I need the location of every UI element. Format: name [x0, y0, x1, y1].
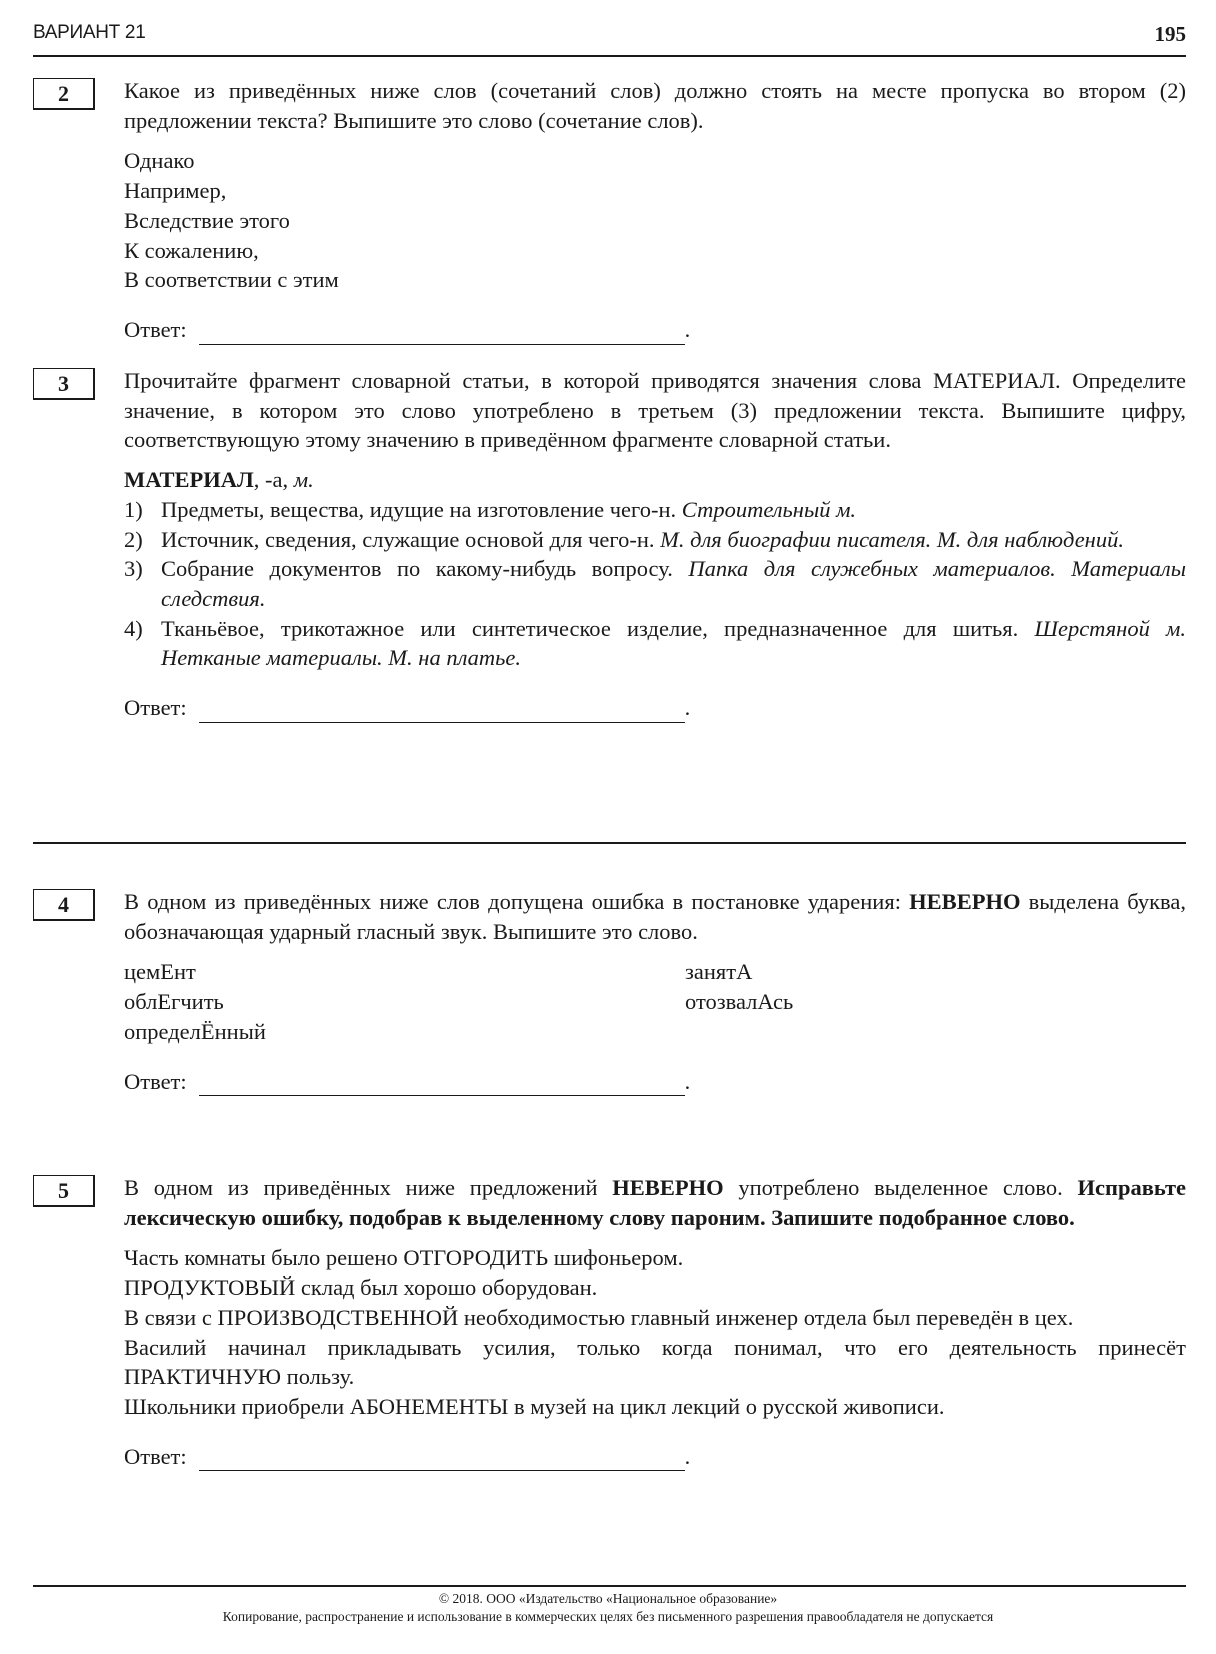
options-list: Однако Например, Вследствие этого К сожа…	[124, 146, 1186, 295]
task-5: 5 В одном из приведённых ниже предложени…	[33, 1173, 1186, 1471]
answer-row: Ответ: .	[124, 315, 1186, 345]
sentence-item: ПРОДУКТОВЫЙ склад был хорошо оборудован.	[124, 1273, 1186, 1303]
meaning-item: 3) Собрание документов по какому-нибудь …	[124, 554, 1186, 613]
sentence-item: Василий начинал прикладывать усилия, тол…	[124, 1333, 1186, 1392]
task-number-box: 3	[33, 368, 95, 400]
word-item: определЁнный	[124, 1017, 685, 1047]
answer-label: Ответ:	[124, 1067, 187, 1097]
task-2: 2 Какое из приведённых ниже слов (сочета…	[33, 76, 1186, 345]
entry-gender: м.	[294, 467, 314, 492]
task-number-box: 2	[33, 78, 95, 110]
answer-row: Ответ: .	[124, 693, 1186, 723]
answer-label: Ответ:	[124, 315, 187, 345]
meaning-text: Собрание документов по какому-нибудь воп…	[161, 556, 688, 581]
task-prompt: Какое из приведённых ниже слов (сочетани…	[124, 76, 1186, 135]
meaning-text: Тканьёвое, трикотажное или синтетическое…	[161, 616, 1034, 641]
meaning-example: М. для биографии писателя. М. для наблюд…	[660, 527, 1124, 552]
task-number-box: 4	[33, 889, 95, 921]
answer-label: Ответ:	[124, 1442, 187, 1472]
option-item: Однако	[124, 146, 1186, 176]
meaning-item: 4) Тканьёвое, трикотажное или синтетичес…	[124, 614, 1186, 673]
answer-blank[interactable]	[199, 322, 685, 345]
answer-blank[interactable]	[199, 1448, 685, 1471]
task-3: 3 Прочитайте фрагмент словарной статьи, …	[33, 366, 1186, 723]
header-divider	[33, 55, 1186, 57]
copyright-text: © 2018. ООО «Издательство «Национальное …	[0, 1590, 1216, 1608]
entry-word: МАТЕРИАЛ	[124, 467, 254, 492]
answer-row: Ответ: .	[124, 1067, 1186, 1097]
task-prompt: В одном из приведённых ниже слов допущен…	[124, 887, 1186, 946]
meaning-number: 2)	[124, 525, 161, 555]
sentence-item: Часть комнаты было решено ОТГОРОДИТЬ шиф…	[124, 1243, 1186, 1273]
meaning-number: 3)	[124, 554, 161, 613]
copying-notice: Копирование, распространение и использов…	[0, 1608, 1216, 1626]
sentences-list: Часть комнаты было решено ОТГОРОДИТЬ шиф…	[124, 1243, 1186, 1421]
option-item: Вследствие этого	[124, 206, 1186, 236]
option-item: В соответствии с этим	[124, 265, 1186, 295]
answer-row: Ответ: .	[124, 1442, 1186, 1472]
footer-divider	[33, 1585, 1186, 1587]
meaning-number: 1)	[124, 495, 161, 525]
task-4: 4 В одном из приведённых ниже слов допущ…	[33, 887, 1186, 1096]
footer: © 2018. ООО «Издательство «Национальное …	[0, 1590, 1216, 1626]
task-prompt: Прочитайте фрагмент словарной статьи, в …	[124, 366, 1186, 455]
meaning-example: Строительный м.	[682, 497, 856, 522]
task-number-box: 5	[33, 1175, 95, 1207]
meaning-item: 1) Предметы, вещества, идущие на изготов…	[124, 495, 1186, 525]
word-item: отозвалАсь	[685, 987, 1186, 1017]
option-item: Например,	[124, 176, 1186, 206]
sentence-item: Школьники приобрели АБОНЕМЕНТЫ в музей н…	[124, 1392, 1186, 1422]
words-grid: цемЕнт облЕгчить определЁнный занятА ото…	[124, 957, 1186, 1046]
task-prompt: В одном из приведённых ниже предложений …	[124, 1173, 1186, 1232]
word-item: занятА	[685, 957, 1186, 987]
answer-blank[interactable]	[199, 700, 685, 723]
meaning-item: 2) Источник, сведения, служащие основой …	[124, 525, 1186, 555]
meaning-text: Источник, сведения, служащие основой для…	[161, 527, 660, 552]
option-item: К сожалению,	[124, 236, 1186, 266]
dictionary-entry-head: МАТЕРИАЛ, -а, м.	[124, 465, 1186, 495]
answer-blank[interactable]	[199, 1073, 685, 1096]
entry-grammar: , -а,	[254, 467, 294, 492]
sentence-item: В связи с ПРОИЗВОДСТВЕННОЙ необходимость…	[124, 1303, 1186, 1333]
page-number: 195	[1155, 22, 1187, 47]
variant-title: ВАРИАНТ 21	[33, 22, 145, 44]
section-divider	[33, 842, 1186, 844]
word-item: цемЕнт	[124, 957, 685, 987]
meaning-number: 4)	[124, 614, 161, 673]
word-item: облЕгчить	[124, 987, 685, 1017]
answer-label: Ответ:	[124, 693, 187, 723]
meaning-text: Предметы, вещества, идущие на изготовлен…	[161, 497, 682, 522]
